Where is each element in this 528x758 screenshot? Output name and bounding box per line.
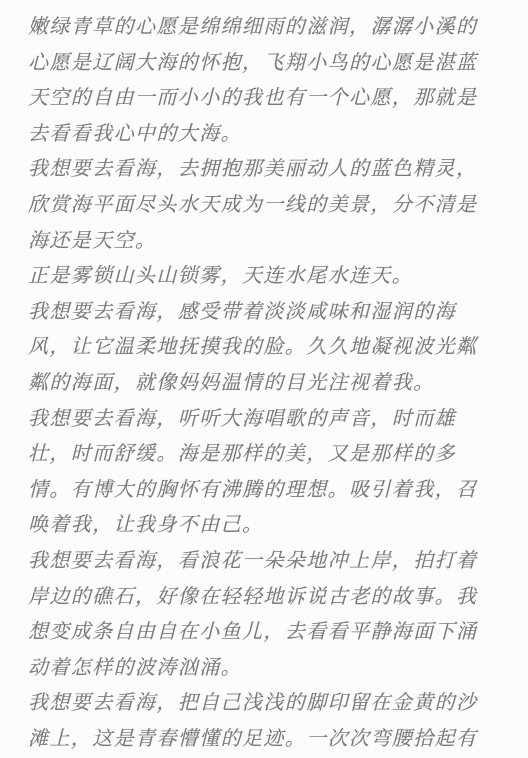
text-line: 我想要去看海，听听大海唱歌的声音，时而雄 [28, 401, 502, 437]
text-line: 情。有博大的胸怀有沸腾的理想。吸引着我，召 [28, 472, 502, 508]
text-line: 动着怎样的波涛汹涌。 [28, 650, 502, 686]
text-line: 我想要去看海，去拥抱那美丽动人的蓝色精灵， [28, 151, 502, 187]
text-line: 欣赏海平面尽头水天成为一线的美景，分不清是 [28, 187, 502, 223]
text-line: 正是雾锁山头山锁雾，天连水尾水连天。 [28, 258, 502, 294]
text-line: 唤着我，让我身不由己。 [28, 507, 502, 543]
text-line: 想变成条自由自在小鱼儿，去看看平静海面下涌 [28, 614, 502, 650]
text-line: 嫩绿青草的心愿是绵绵细雨的滋润，潺潺小溪的 [28, 9, 502, 45]
text-line: 海还是天空。 [28, 223, 502, 259]
text-line: 我想要去看海，看浪花一朵朵地冲上岸，拍打着 [28, 543, 502, 579]
handwritten-essay-page: 嫩绿青草的心愿是绵绵细雨的滋润，潺潺小溪的 心愿是辽阔大海的怀抱，飞翔小鸟的心愿… [0, 0, 528, 758]
text-line: 心愿是辽阔大海的怀抱，飞翔小鸟的心愿是湛蓝 [28, 45, 502, 81]
text-line: 粼的海面，就像妈妈温情的目光注视着我。 [28, 365, 502, 401]
text-line: 我想要去看海，把自己浅浅的脚印留在金黄的沙 [28, 685, 502, 721]
text-line: 我想要去看海，感受带着淡淡咸味和湿润的海 [28, 294, 502, 330]
text-line: 壮，时而舒缓。海是那样的美，又是那样的多 [28, 436, 502, 472]
text-line: 岸边的礁石，好像在轻轻地诉说古老的故事。我 [28, 579, 502, 615]
text-line: 滩上，这是青春懵懂的足迹。一次次弯腰拾起有 [28, 721, 502, 757]
text-line: 去看看我心中的大海。 [28, 116, 502, 152]
text-line: 风，让它温柔地抚摸我的脸。久久地凝视波光粼 [28, 329, 502, 365]
text-line: 天空的自由一而小小的我也有一个心愿，那就是 [28, 80, 502, 116]
